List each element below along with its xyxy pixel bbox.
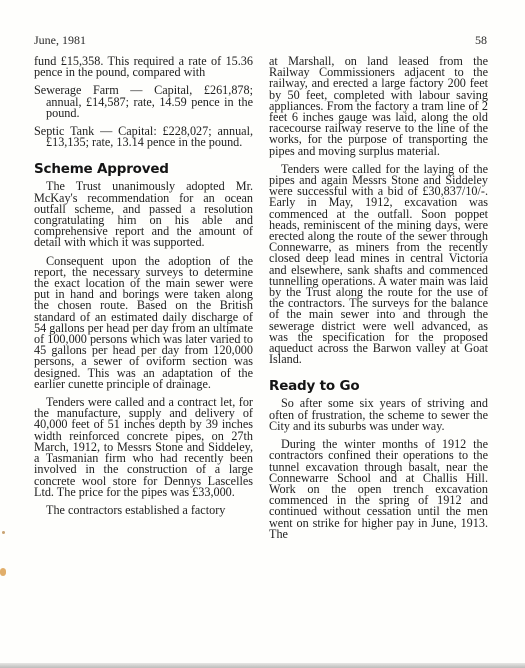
paragraph: The contractors established a factory: [34, 505, 253, 516]
paragraph: Consequent upon the adoption of the repo…: [34, 256, 253, 390]
paragraph-sewerage-farm: Sewerage Farm — Capital, £261,878; annua…: [34, 85, 253, 119]
left-column: fund £15,358. This required a rate of 15…: [34, 56, 253, 523]
paragraph: The Trust unanimously adopted Mr. McKay'…: [34, 181, 253, 248]
right-column: at Marshall, on land leased from the Rai…: [269, 56, 488, 547]
header-date: June, 1981: [34, 33, 86, 48]
running-header: June, 1981 58: [34, 33, 487, 48]
page-stain: [2, 531, 5, 534]
page-number: 58: [475, 33, 487, 48]
section-heading-ready-to-go: Ready to Go: [269, 378, 488, 394]
paragraph-septic-tank: Septic Tank — Capital: £228,027; an­nual…: [34, 126, 253, 148]
paragraph: Tenders were called for the laying of th…: [269, 164, 488, 366]
page-bottom-edge: [0, 663, 525, 668]
document-page: June, 1981 58 fund £15,358. This require…: [0, 0, 525, 668]
paragraph: During the winter months of 1912 the con…: [269, 439, 488, 540]
paragraph: So after some six years of striving and …: [269, 398, 488, 432]
paragraph: fund £15,358. This required a rate of 15…: [34, 56, 253, 78]
paragraph: at Marshall, on land leased from the Rai…: [269, 56, 488, 157]
page-stain: [0, 568, 6, 576]
section-heading-scheme-approved: Scheme Approved: [34, 161, 253, 177]
paragraph: Tenders were called and a contract let, …: [34, 397, 253, 498]
